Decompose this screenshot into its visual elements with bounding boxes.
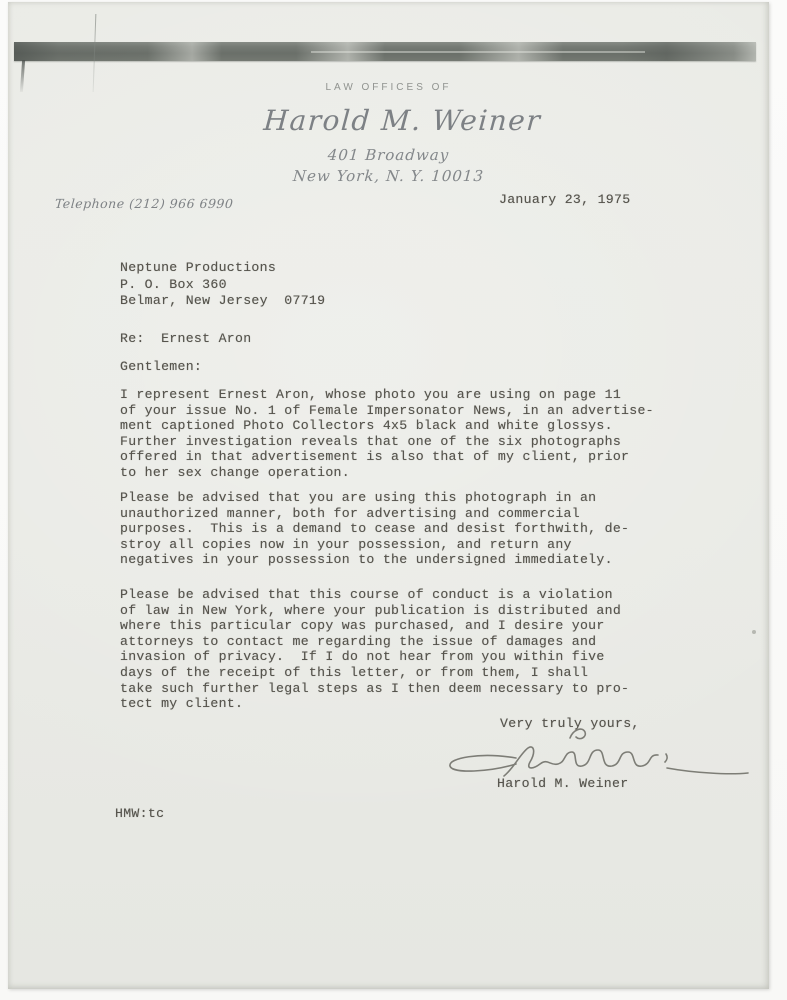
salutation: Gentlemen: — [120, 359, 202, 375]
body-paragraph-2: Please be advised that you are using thi… — [120, 490, 629, 568]
re-subject-line: Re: Ernest Aron — [120, 331, 251, 347]
letter-paper: LAW OFFICES OF Harold M. Weiner 401 Broa… — [8, 2, 769, 989]
letterhead-city-address: New York, N. Y. 10013 — [7, 167, 769, 185]
scan-artifact-streak — [311, 51, 645, 53]
reference-initials: HMW:tc — [115, 806, 164, 822]
letterhead-office-line: LAW OFFICES OF — [8, 82, 769, 93]
letterhead-attorney-name: Harold M. Weiner — [21, 104, 784, 137]
letterhead-telephone: Telephone (212) 966 6990 — [54, 196, 233, 211]
letter-date: January 23, 1975 — [499, 192, 630, 208]
body-paragraph-3: Please be advised that this course of co… — [120, 587, 629, 712]
recipient-address-block: Neptune Productions P. O. Box 360 Belmar… — [120, 260, 325, 310]
typed-signature-name: Harold M. Weiner — [497, 776, 628, 792]
scan-artifact-band — [14, 42, 756, 61]
scanned-letter: LAW OFFICES OF Harold M. Weiner 401 Broa… — [0, 0, 787, 1000]
letterhead-street-address: 401 Broadway — [7, 146, 769, 164]
scan-speck — [752, 630, 756, 634]
body-paragraph-1: I represent Ernest Aron, whose photo you… — [120, 387, 654, 481]
